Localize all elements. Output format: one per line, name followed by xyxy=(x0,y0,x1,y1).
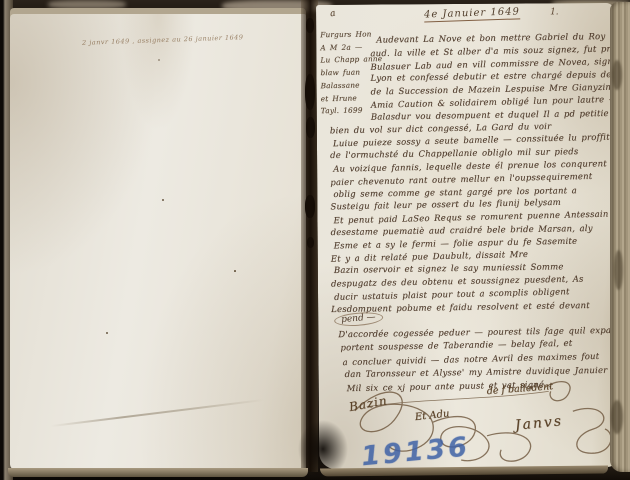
ink-speck xyxy=(106,332,108,334)
folio-number: 1. xyxy=(550,7,559,17)
left-page: 2 janvr 1649 , assignez au 26 januier 16… xyxy=(10,14,306,470)
handwritten-line: D'accordée cogessée peduer — pourest til… xyxy=(338,325,617,340)
ink-speck xyxy=(162,199,164,201)
ink-speck xyxy=(234,270,236,272)
manuscript-scan: { "colors": { "background": "#1f1811", "… xyxy=(0,0,630,480)
ink-speck xyxy=(158,59,160,61)
handwritten-line: de l'ormuchsté du Chappellanie obliglo m… xyxy=(330,147,579,161)
handwritten-line: desestame puematiè aud craidré bele brid… xyxy=(331,224,593,238)
body-text: Audevant La Nove et bon mettre Gabriel d… xyxy=(316,3,614,5)
binding-hole xyxy=(306,18,314,33)
handwritten-line: Bazin oservoir et signez le say muniessi… xyxy=(334,263,564,277)
left-page-bottom-edge xyxy=(8,468,308,477)
handwritten-line: ducir ustatuis plaist pour tout a scompl… xyxy=(334,287,570,303)
handwritten-line: Et y a dit relaté pue Daubult, dissait M… xyxy=(331,249,529,264)
handwritten-line: a concluer quividi — das notre Avril des… xyxy=(342,352,599,368)
header-date: 4e Januier 1649 xyxy=(424,6,520,22)
margin-note: A M 2a — xyxy=(320,42,362,52)
date-inscription: 2 janvr 1649 , assignez au 26 januier 16… xyxy=(82,33,244,47)
handwritten-line: Lyon et confessé debutir et estre chargé… xyxy=(370,70,617,84)
binding-gutter xyxy=(301,0,318,472)
binding-hole xyxy=(307,237,314,248)
margin-note: blaw fuan xyxy=(320,68,360,78)
right-page: a 4e Januier 1649 1. Furgurs HonA M 2a —… xyxy=(316,3,617,469)
margin-note: Furgurs Hon xyxy=(320,29,371,39)
page-crease xyxy=(51,399,265,427)
right-page-bottom-edge xyxy=(320,465,608,476)
handwritten-line: Esme et a sy le fermi — folie aspur du f… xyxy=(334,236,578,251)
binding-hole xyxy=(305,195,315,218)
margin-note: Balassane xyxy=(320,80,359,90)
flourish-stroke xyxy=(487,433,531,462)
binding-hole xyxy=(306,117,315,138)
corner-mark: a xyxy=(329,8,336,19)
closing-text: D'accordée cogessée peduer — pourest til… xyxy=(316,3,614,5)
fore-edge-shadow xyxy=(612,60,622,90)
handwritten-line: Audevant La Nove et bon mettre Gabriel d… xyxy=(376,32,605,46)
binding-hole xyxy=(305,74,315,110)
fore-edge-shadow xyxy=(611,400,623,434)
handwritten-line: portent souspesse de Taberandie — belay … xyxy=(340,339,572,354)
margin-note: et Hrune xyxy=(321,93,357,103)
handwritten-line: Balasdur vou desompuent et duquel Il a p… xyxy=(371,109,609,123)
margin-note: Tayl. 1699 xyxy=(321,106,363,116)
margin-notes: Furgurs HonA M 2a —Lu Chapp anneblaw fua… xyxy=(316,3,614,5)
flourish-stroke xyxy=(573,408,611,453)
fore-edge-shadow xyxy=(614,250,623,290)
